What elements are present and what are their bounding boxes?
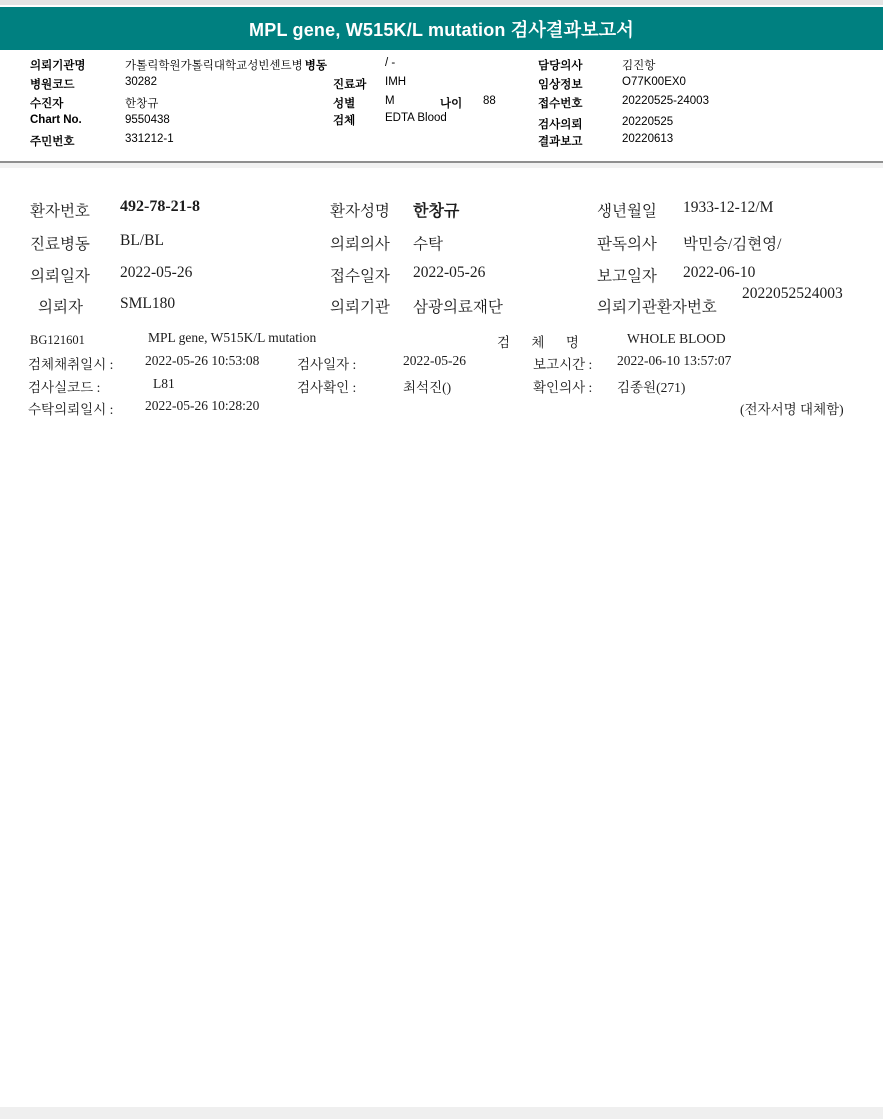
birth-date-value: 1933-12-12/M [683, 199, 773, 217]
age-value: 88 [483, 95, 496, 107]
collect-time-label: 검체채취일시 : [28, 353, 113, 373]
ward-row-value: BL/BL [120, 232, 164, 250]
department-label: 진료과 [333, 76, 366, 92]
report-time-label: 보고시간 : [533, 353, 592, 373]
ward-row-label: 진료병동 [30, 232, 90, 254]
test-date-label: 검사일자 : [297, 353, 356, 373]
org-patient-no-label: 의뢰기관환자번호 [597, 295, 717, 317]
title-bar: MPL gene, W515K/L mutation 검사결과보고서 [0, 7, 883, 50]
birth-date-label: 생년월일 [597, 199, 657, 221]
clinical-info-label: 임상정보 [538, 76, 582, 92]
test-request-value: 20220525 [622, 116, 673, 128]
requesting-org-label: 의뢰기관명 [30, 57, 86, 73]
page-title: MPL gene, W515K/L mutation 검사결과보고서 [249, 16, 634, 42]
lab-code-value: L81 [153, 376, 175, 392]
result-report-value: 20220613 [622, 133, 673, 145]
requester-value: SML180 [120, 295, 175, 313]
consign-time-label: 수탁의뢰일시 : [28, 398, 113, 418]
consign-time-value: 2022-05-26 10:28:20 [145, 398, 259, 414]
test-name: MPL gene, W515K/L mutation [148, 330, 316, 346]
request-date-value: 2022-05-26 [120, 264, 192, 282]
request-date-label: 의뢰일자 [30, 264, 90, 286]
request-doctor-label: 의뢰의사 [330, 232, 390, 254]
requesting-org-value: 가톨릭학원가톨릭대학교성빈센트병병동 [125, 57, 327, 73]
report-date-value: 2022-06-10 [683, 264, 755, 282]
department-value: IMH [385, 76, 406, 88]
test-request-label: 검사의뢰 [538, 116, 582, 132]
examinee-value: 한창규 [125, 95, 158, 111]
receipt-no-value: 20220525-24003 [622, 95, 709, 107]
test-confirm-label: 검사확인 : [297, 376, 356, 396]
collect-time-value: 2022-05-26 10:53:08 [145, 353, 259, 369]
test-code: BG121601 [30, 333, 85, 348]
request-doctor-value: 수탁 [413, 232, 443, 254]
ward-value: / - [385, 57, 395, 69]
age-label: 나이 [440, 95, 462, 111]
resident-no-value: 331212-1 [125, 133, 174, 145]
requester-label: 의뢰자 [38, 295, 83, 317]
lab-code-label: 검사실코드 : [28, 376, 100, 396]
resident-no-label: 주민번호 [30, 133, 74, 149]
report-date-label: 보고일자 [597, 264, 657, 286]
requesting-org-row-label: 의뢰기관 [330, 295, 390, 317]
receipt-no-label: 접수번호 [538, 95, 582, 111]
esign-note: (전자서명 대체함) [740, 398, 844, 418]
chart-no-label: Chart No. [30, 114, 82, 126]
sex-label: 성별 [333, 95, 355, 111]
report-page: MPL gene, W515K/L mutation 검사결과보고서 의뢰기관명… [0, 0, 883, 1119]
patient-name-value: 한창규 [413, 198, 459, 221]
test-date-value: 2022-05-26 [403, 353, 466, 369]
bottom-divider [0, 1107, 883, 1119]
result-report-label: 결과보고 [538, 133, 582, 149]
test-confirm-value: 최석진() [403, 376, 451, 396]
section-divider-strip [0, 163, 883, 168]
reading-doctor-label: 판독의사 [597, 232, 657, 254]
confirm-doctor-value: 김종원(271) [617, 376, 685, 396]
hospital-code-value: 30282 [125, 76, 157, 88]
receipt-date-label: 접수일자 [330, 264, 390, 286]
org-patient-no-value: 2022052524003 [742, 286, 842, 302]
requesting-org-row-value: 삼광의료재단 [413, 295, 503, 317]
ward-label: 병동 [305, 60, 327, 72]
clinical-info-value: O77K00EX0 [622, 76, 686, 88]
patient-name-label: 환자성명 [330, 199, 390, 221]
specimen-label: 검체 [333, 112, 355, 128]
patient-no-label: 환자번호 [30, 199, 90, 221]
examinee-label: 수진자 [30, 95, 63, 111]
requesting-org-text: 가톨릭학원가톨릭대학교성빈센트병 [125, 60, 303, 72]
receipt-date-value: 2022-05-26 [413, 264, 485, 282]
top-divider [0, 0, 883, 5]
attending-doctor-label: 담당의사 [538, 57, 582, 73]
confirm-doctor-label: 확인의사 : [533, 376, 592, 396]
specimen-value: EDTA Blood [385, 112, 447, 124]
attending-doctor-value: 김진항 [622, 57, 655, 73]
patient-no-value: 492-78-21-8 [120, 198, 200, 216]
reading-doctor-value: 박민승/김현영/ [683, 232, 781, 254]
specimen-name-label: 검 체 명 [497, 331, 588, 351]
chart-no-value: 9550438 [125, 114, 170, 126]
specimen-name-value: WHOLE BLOOD [627, 331, 726, 347]
report-time-value: 2022-06-10 13:57:07 [617, 353, 731, 369]
hospital-code-label: 병원코드 [30, 76, 74, 92]
sex-value: M [385, 95, 395, 107]
